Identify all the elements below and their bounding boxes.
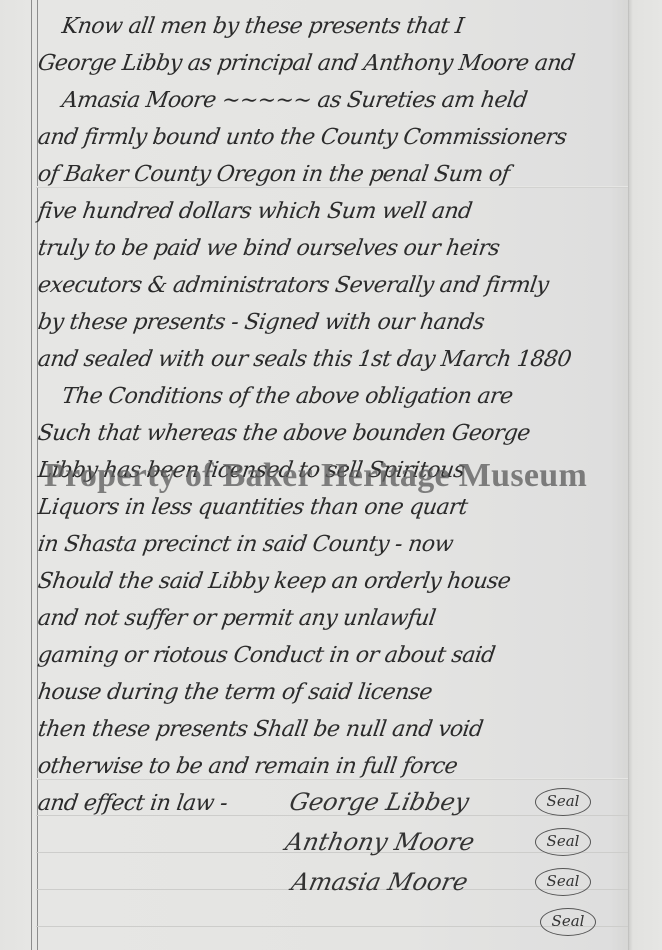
text-line: Should the said Libby keep an orderly ho… bbox=[35, 563, 630, 600]
text-line: Such that whereas the above bounden Geor… bbox=[35, 415, 630, 452]
text-line: of Baker County Oregon in the penal Sum … bbox=[35, 156, 630, 193]
text-line: otherwise to be and remain in full force bbox=[35, 748, 630, 785]
text-line: Know all men by these presents that I bbox=[35, 8, 630, 45]
signature-row: Seal bbox=[290, 902, 620, 942]
text-line: then these presents Shall be null and vo… bbox=[35, 711, 630, 748]
signature-name: Anthony Moore bbox=[282, 822, 479, 862]
text-line: in Shasta precinct in said County - now bbox=[35, 526, 630, 563]
signature-row: George Libbey Seal bbox=[290, 782, 620, 822]
seal-mark: Seal bbox=[540, 908, 596, 936]
handwritten-body: Know all men by these presents that I Ge… bbox=[38, 8, 628, 822]
text-line: executors & administrators Severally and… bbox=[35, 267, 630, 304]
text-line: and not suffer or permit any unlawful bbox=[35, 600, 630, 637]
text-line: gaming or riotous Conduct in or about sa… bbox=[35, 637, 630, 674]
right-page-fold bbox=[628, 0, 662, 950]
seal-mark: Seal bbox=[535, 788, 591, 816]
text-line: The Conditions of the above obligation a… bbox=[35, 378, 630, 415]
seal-mark: Seal bbox=[535, 828, 591, 856]
signature-name: Amasia Moore bbox=[288, 862, 472, 902]
text-line: and sealed with our seals this 1st day M… bbox=[35, 341, 630, 378]
text-line: truly to be paid we bind ourselves our h… bbox=[35, 230, 630, 267]
signature-row: Anthony Moore Seal bbox=[290, 822, 620, 862]
museum-watermark: Property of Baker Heritage Museum bbox=[44, 457, 624, 495]
text-line: George Libby as principal and Anthony Mo… bbox=[35, 45, 630, 82]
text-line: five hundred dollars which Sum well and bbox=[35, 193, 630, 230]
seal-mark: Seal bbox=[535, 868, 591, 896]
signature-name: George Libbey bbox=[286, 782, 473, 822]
text-line: by these presents - Signed with our hand… bbox=[35, 304, 630, 341]
text-line: and firmly bound unto the County Commiss… bbox=[35, 119, 630, 156]
document-page: Know all men by these presents that I Ge… bbox=[0, 0, 662, 950]
text-line: Amasia Moore ~~~~~ as Sureties am held bbox=[35, 82, 630, 119]
signature-block: George Libbey Seal Anthony Moore Seal Am… bbox=[290, 782, 620, 942]
text-line: house during the term of said license bbox=[35, 674, 630, 711]
signature-row: Amasia Moore Seal bbox=[290, 862, 620, 902]
